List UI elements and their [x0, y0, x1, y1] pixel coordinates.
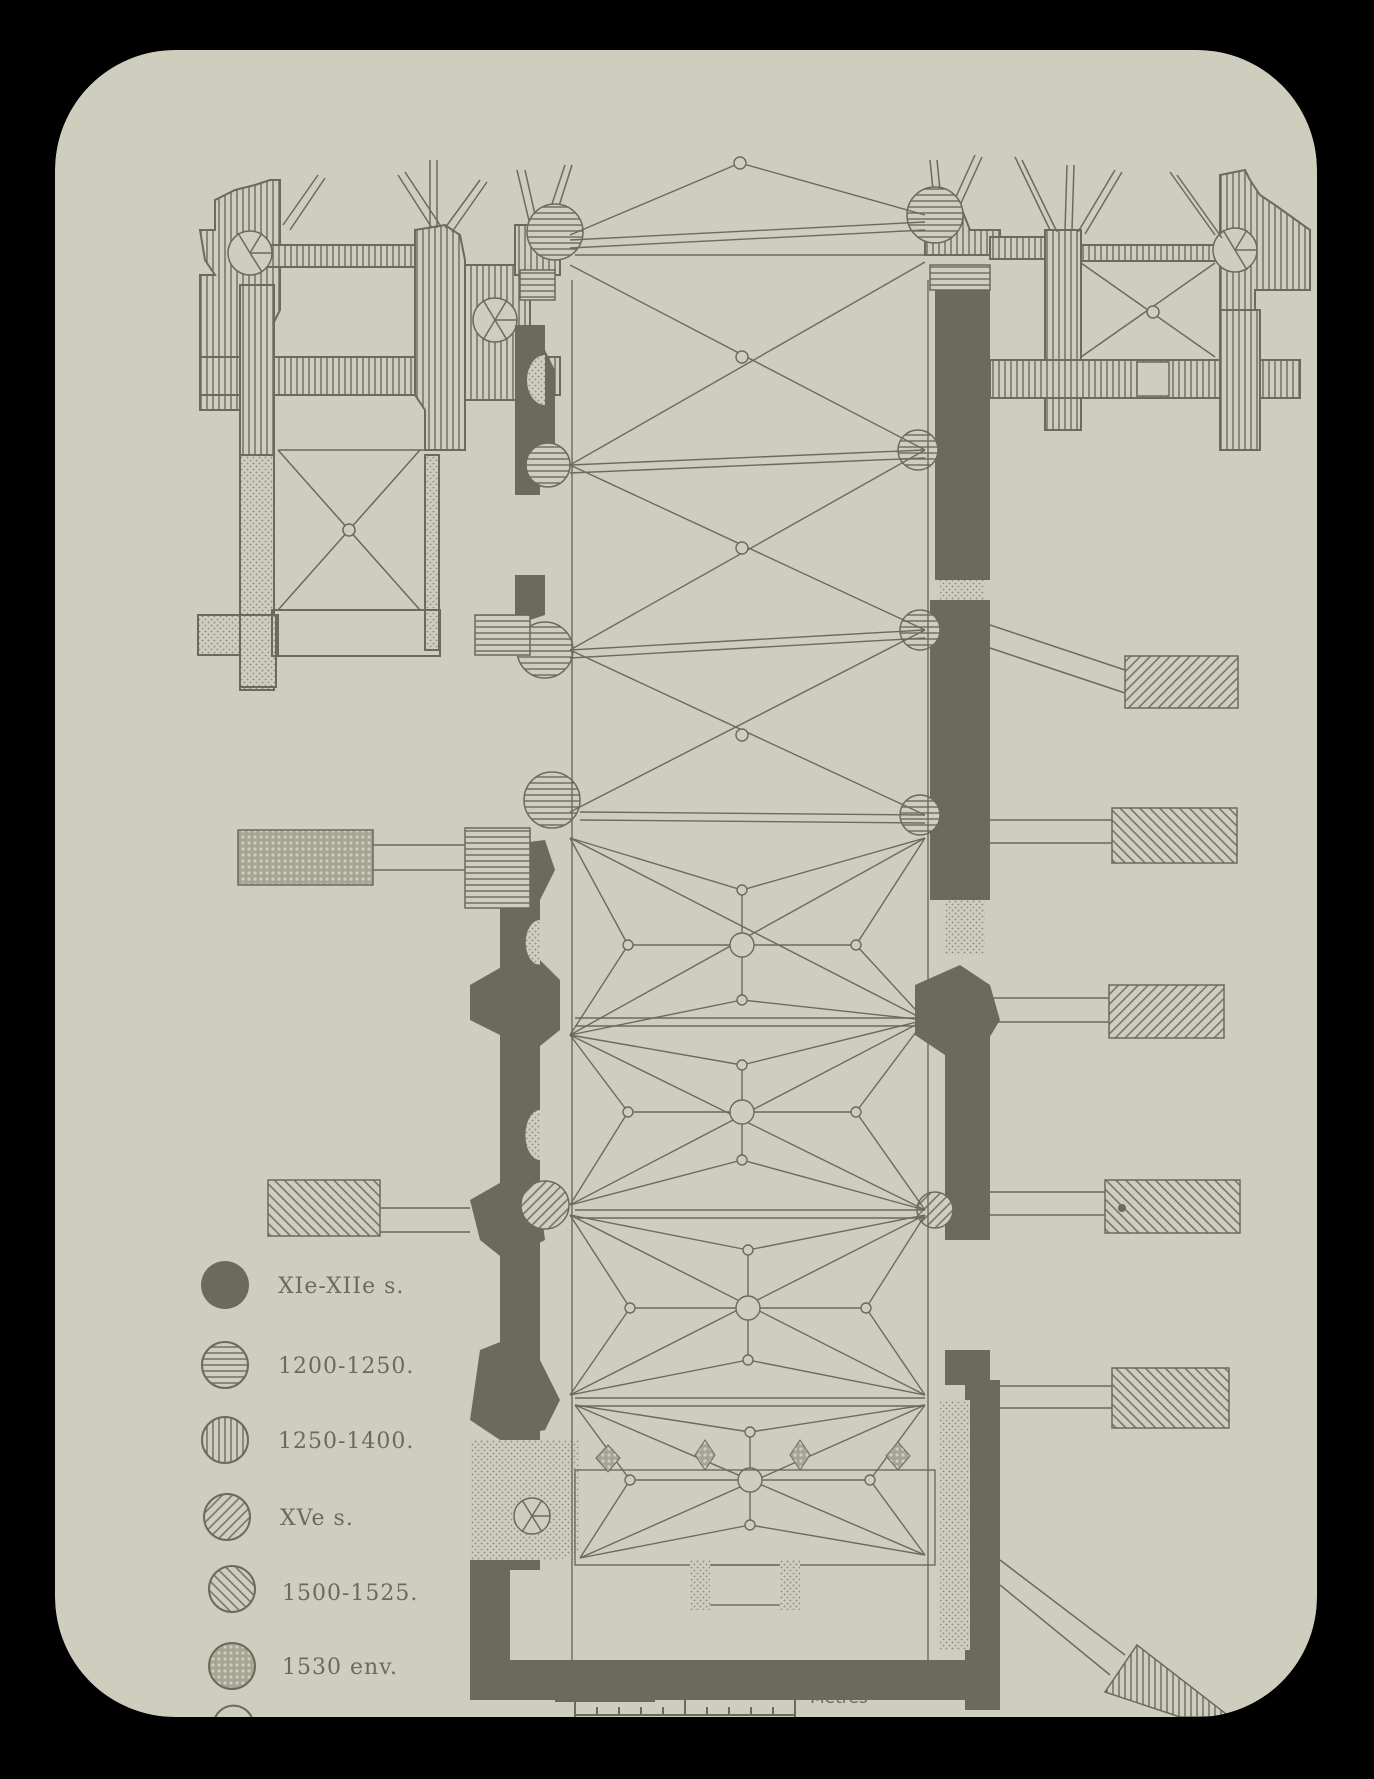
legend-label: 1250-1400.	[278, 1429, 414, 1454]
legend-swatch-crosshatch-icon	[209, 1643, 255, 1689]
scale-tick-10: 10	[784, 1675, 806, 1695]
legend-label: XIe-XIIe s.	[278, 1274, 404, 1299]
legend-swatch-diagonal-back-icon	[209, 1566, 255, 1612]
legend-swatch-horizontal-icon	[202, 1342, 248, 1388]
legend-label: 1200-1250.	[278, 1354, 414, 1379]
scale-unit-label: Metres	[810, 1688, 868, 1708]
legend-swatch-solid-icon	[201, 1261, 249, 1309]
legend-swatch-diagonal-forward-icon	[204, 1494, 250, 1540]
spiral-stair-icon	[514, 1498, 550, 1534]
scale-tick-5: 5	[680, 1675, 691, 1695]
legend-label: 1530 env.	[282, 1655, 398, 1680]
legend-swatch-vertical-icon	[202, 1417, 248, 1463]
legend-label: XVe s.	[280, 1506, 354, 1531]
floor-plan-slide: XIe-XIIe s. 1200-1250. 1250-1400. XVe s.…	[0, 0, 1374, 1779]
legend-label: 1500-1525.	[282, 1581, 418, 1606]
